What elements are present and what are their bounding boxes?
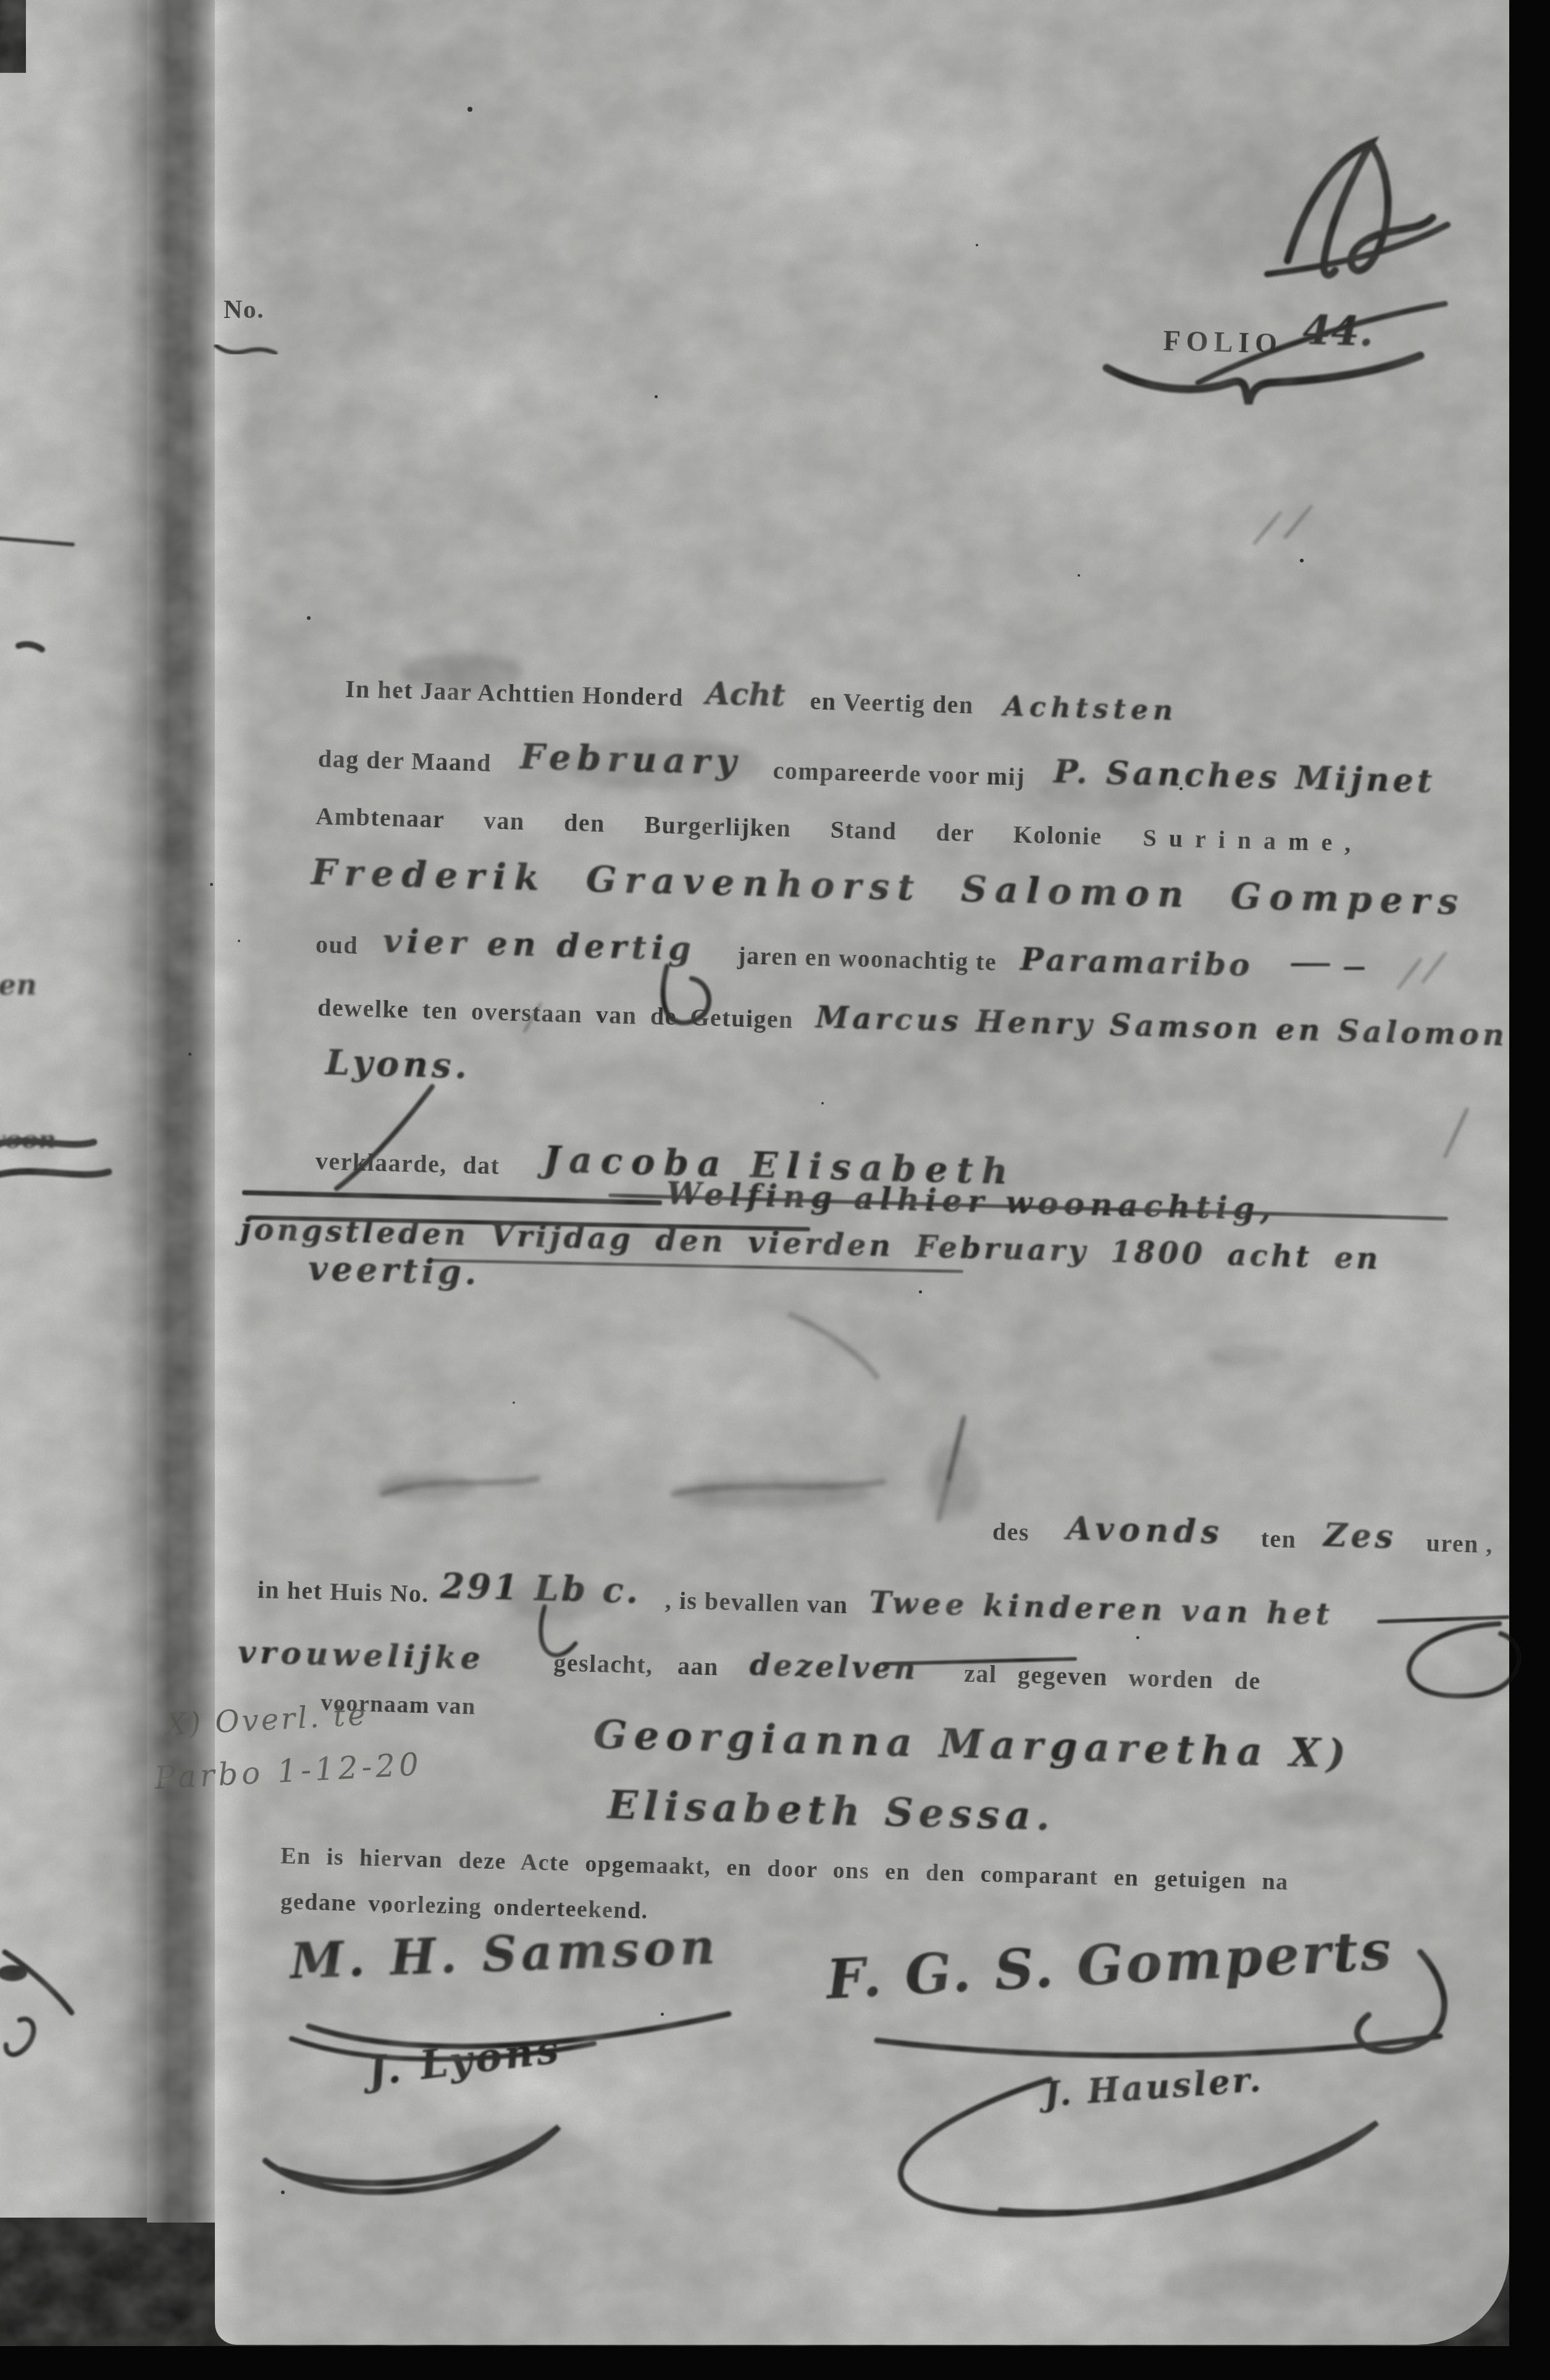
folio-label: FOLIO [1163, 324, 1283, 360]
printed-text: , is bevallen van [664, 1585, 848, 1619]
handwritten-dezelven: dezelven [749, 1648, 919, 1687]
folio-row: FOLIO 44. [1163, 312, 1374, 365]
act-line-10: veertig. [308, 1248, 480, 1292]
ink-smear [1161, 2260, 1346, 2309]
printed-text: verklaarde, dat [315, 1146, 500, 1180]
folio-number: 44. [1302, 306, 1375, 356]
ink-smear [400, 653, 524, 691]
ink-smear [1037, 772, 1167, 809]
printed-text: ten [1260, 1524, 1297, 1553]
ink-smear [432, 2124, 593, 2176]
printed-text: uren , [1426, 1528, 1493, 1559]
handwritten-hour: Zes [1323, 1516, 1397, 1556]
printed-text: des [992, 1517, 1029, 1547]
ink-smear [378, 1474, 477, 1500]
printed-text: jaren en woonachtig te [737, 941, 997, 977]
prev-page-text-fragment: woon [0, 1125, 56, 1154]
printed-text: zal gegeven worden de [964, 1659, 1262, 1696]
prev-page-text-fragment: llen [0, 968, 37, 1001]
scanned-birth-record: { "header": { "no_label": "No.", "folio_… [0, 0, 1550, 2380]
act-line-7: Lyons. [325, 1042, 471, 1087]
printed-text: dag der Maand [317, 744, 492, 777]
handwritten-residence: Paramaribo [1020, 941, 1254, 983]
ink-smear [1204, 1346, 1284, 1367]
handwritten-day: Achtsten [1003, 691, 1178, 727]
binding-gutter [147, 0, 216, 2223]
no-label-row: No. [224, 295, 264, 325]
handwritten-sex: vrouwelijke [237, 1634, 485, 1676]
ink-dash [1291, 963, 1330, 966]
handwritten-year: Acht [705, 675, 785, 713]
scan-corner-shadow [0, 0, 26, 73]
ink-dash [1344, 967, 1365, 970]
ink-smear [559, 738, 763, 790]
printed-text: oud [315, 930, 358, 960]
printed-colony-name: Suriname, [1142, 823, 1364, 858]
printed-text: geslacht, aan [553, 1648, 719, 1681]
printed-text: compareerde voor mij [773, 756, 1025, 791]
handwritten-birth-date-cont: veertig. [308, 1248, 480, 1292]
ink-smear [506, 1580, 611, 1620]
ink-smear [673, 1477, 871, 1509]
previous-page-edge [0, 0, 147, 2218]
handwritten-witness-surname: Lyons. [325, 1042, 471, 1087]
no-label: No. [224, 295, 264, 325]
ink-smear [1266, 1790, 1396, 1830]
printed-text: in het Huis No. [257, 1575, 429, 1608]
printed-text: en Veertig den [810, 687, 974, 720]
handwritten-age: vier en dertig [382, 922, 696, 968]
handwritten-time-of-day: Avonds [1066, 1509, 1225, 1551]
